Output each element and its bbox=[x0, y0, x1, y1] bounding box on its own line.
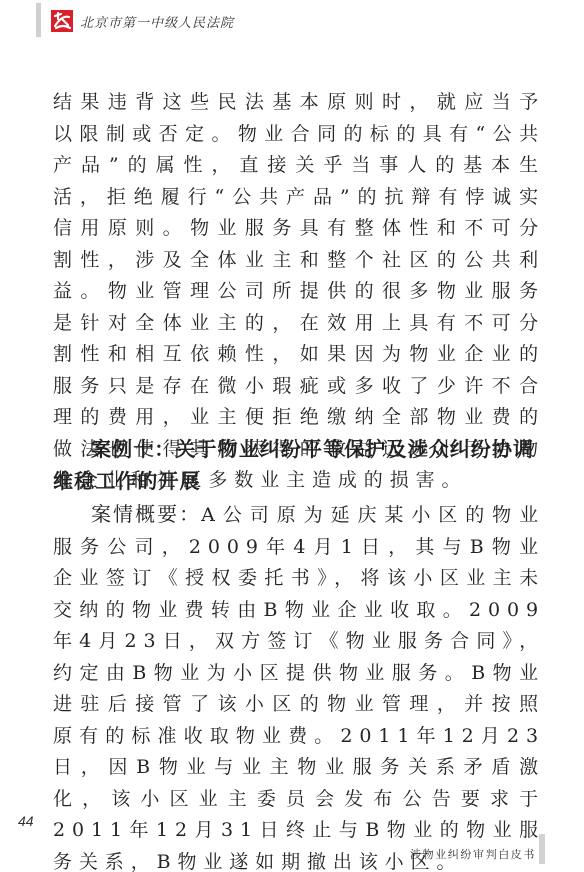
case-summary-text: A公司原为延庆某小区的物业服务公司，2009年4月1日，其与B物业企业签订《授权… bbox=[53, 504, 545, 872]
header-accent-bar bbox=[36, 3, 41, 37]
court-name: 北京市第一中级人民法院 bbox=[80, 12, 234, 31]
case-summary-label: 案情概要： bbox=[91, 502, 201, 526]
court-logo-icon bbox=[51, 10, 73, 32]
case-heading: 案例十：关于物业纠纷平等保护及涉众纠纷协调维稳工作的开展 bbox=[53, 433, 553, 497]
case-summary-paragraph: 案情概要：A公司原为延庆某小区的物业服务公司，2009年4月1日，其与B物业企业… bbox=[53, 499, 545, 872]
page-number: 44 bbox=[18, 813, 34, 829]
footer-accent-bar bbox=[539, 834, 545, 864]
book-title: 涉物业纠纷审判白皮书 bbox=[410, 846, 536, 862]
